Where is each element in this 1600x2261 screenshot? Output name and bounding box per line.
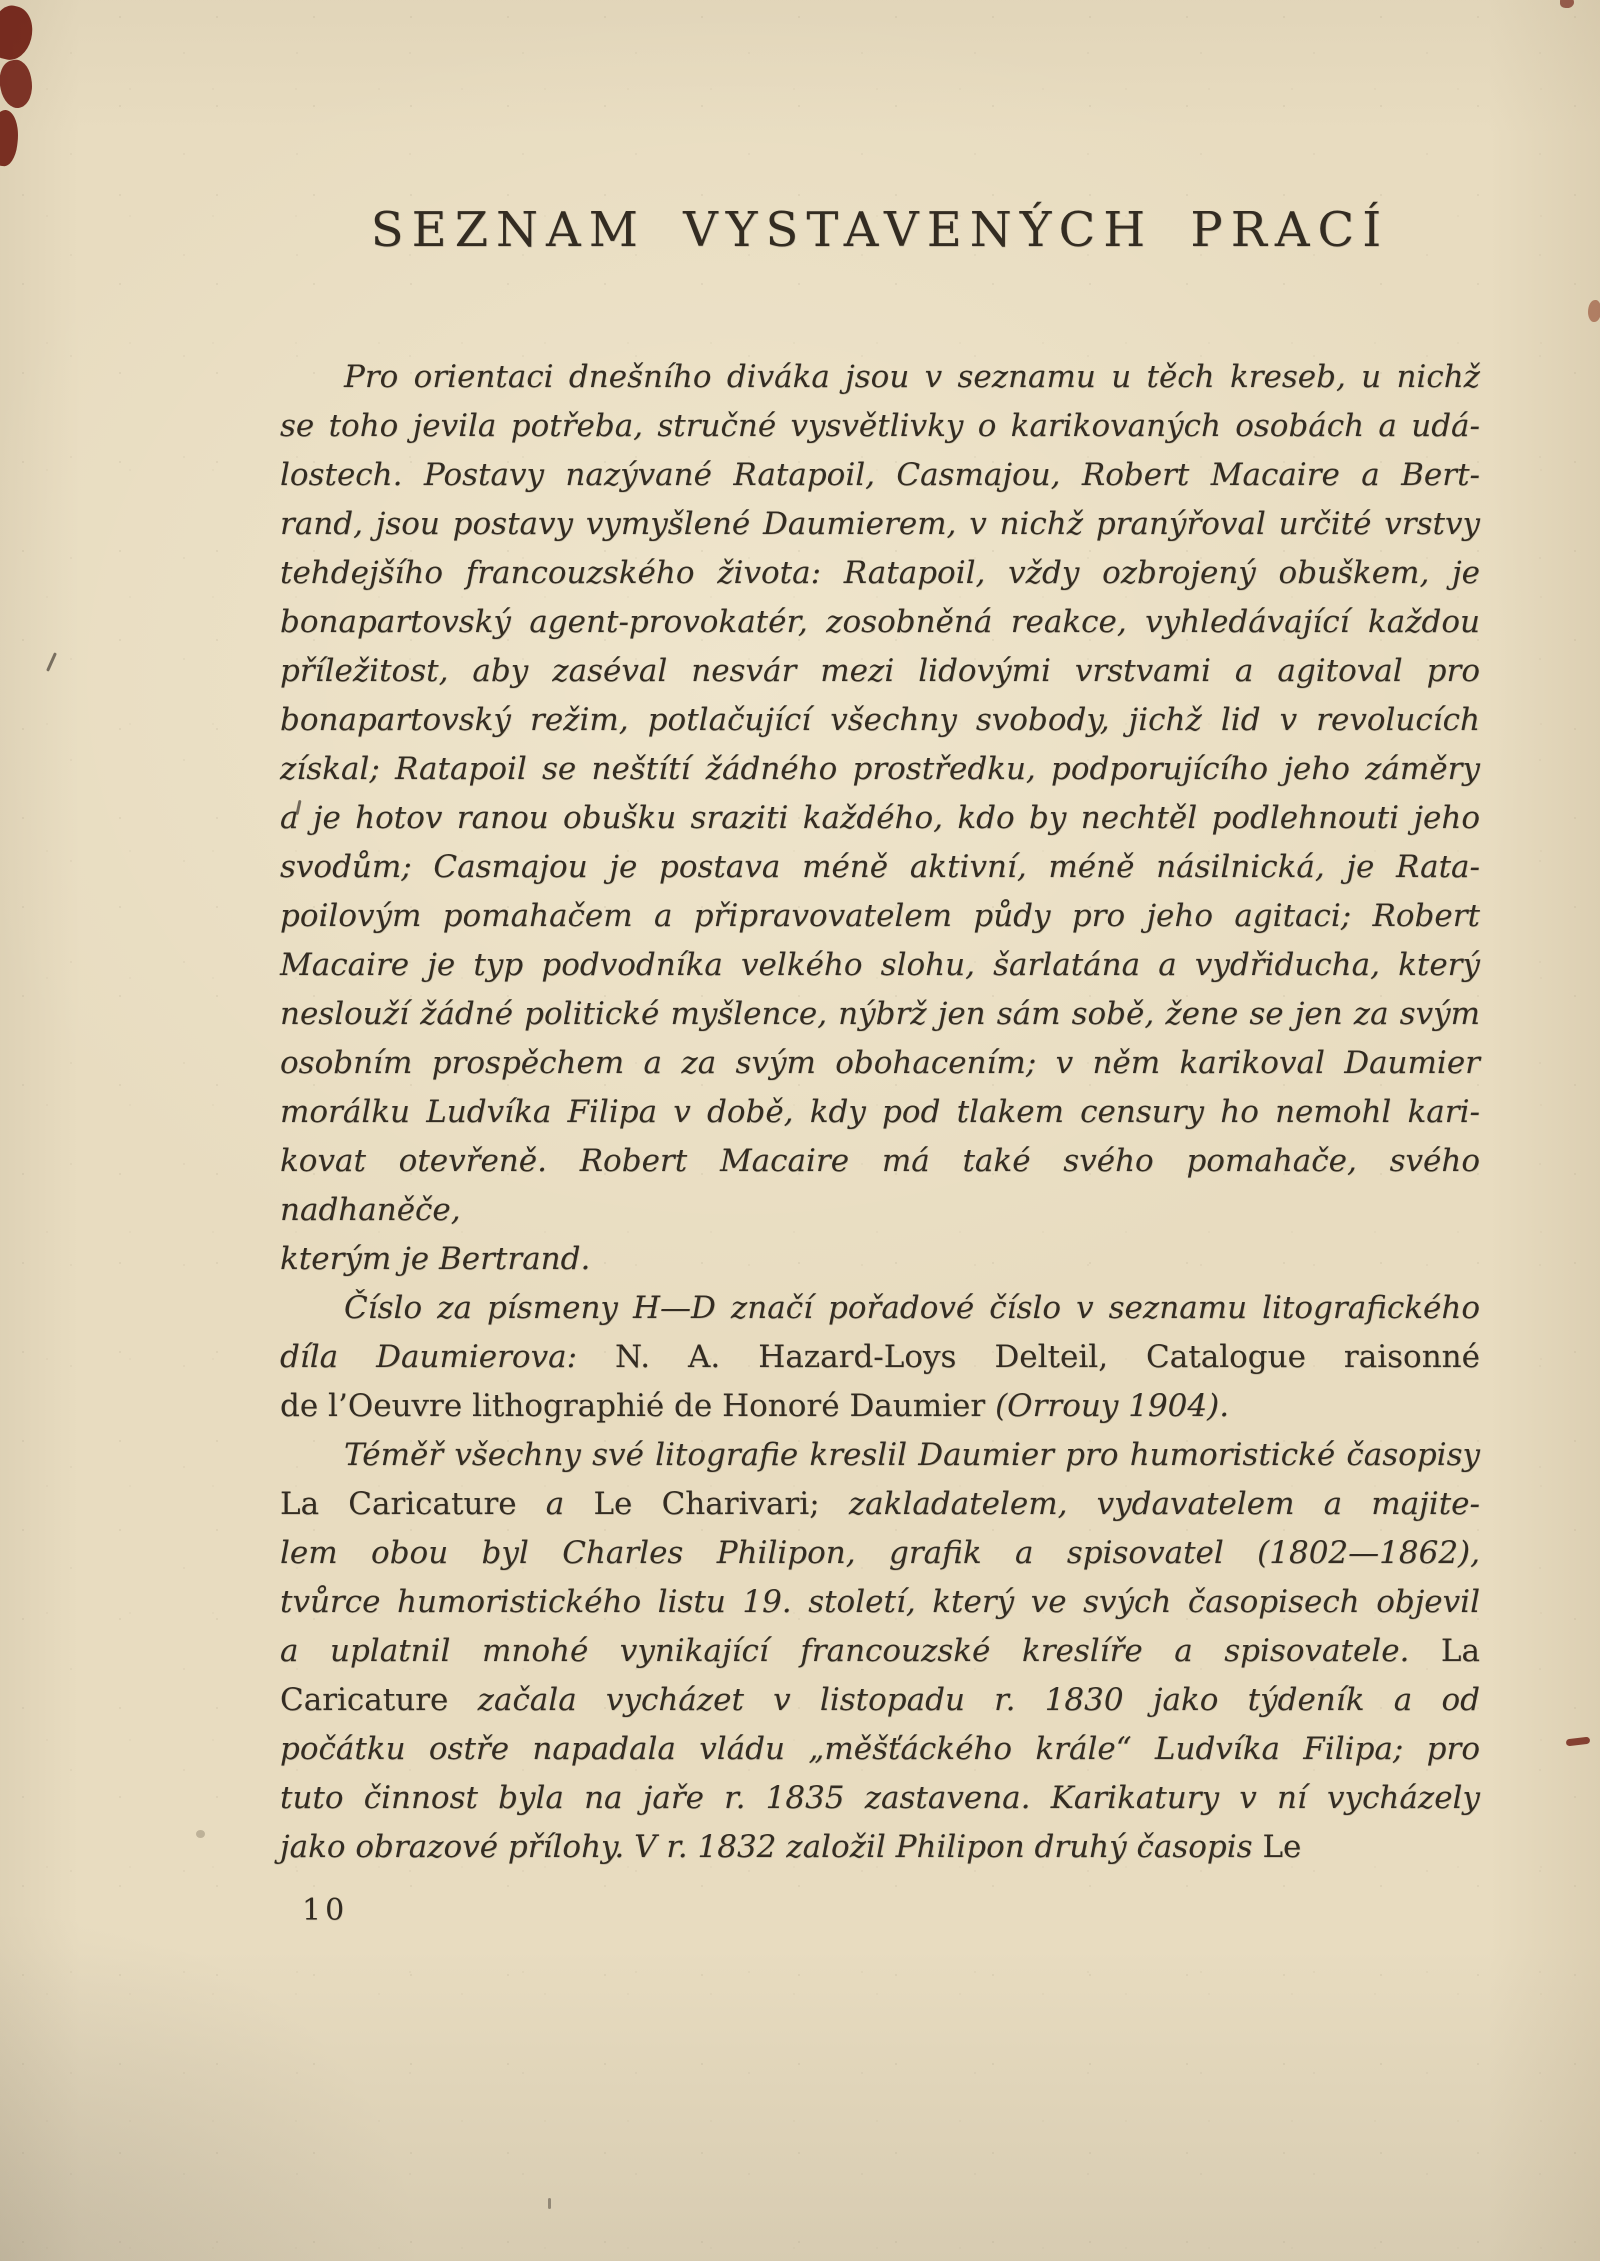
text-run: La Caricature [280,1486,546,1522]
text-line: morálku Ludvíka Filipa v době, kdy pod t… [280,1088,1480,1137]
paragraph: Téměř všechny své litografie kreslil Dau… [280,1431,1480,1872]
page-number: 10 [302,1893,348,1929]
paragraph: Číslo za písmeny H—D značí pořadové čísl… [280,1284,1480,1431]
text-line: kterým je Bertrand. [280,1235,1480,1284]
text-run: rand, jsou postavy vymyšlené Daumierem, … [280,506,1480,542]
scan-stain [1566,1737,1591,1747]
text-run: tuto činnost byla na jaře r. 1835 zastav… [280,1780,1480,1816]
text-run: tvůrce humoristického listu 19. století,… [280,1584,1480,1620]
body-text: Pro orientaci dnešního diváka jsou v sez… [280,353,1480,1872]
text-run: a uplatnil mnohé vynikající francouzské … [280,1633,1441,1669]
text-run: osobním prospěchem a za svým obohacením;… [280,1045,1480,1081]
text-line: získal; Ratapoil se neštítí žádného pros… [280,745,1480,794]
text-run: Caricature [280,1682,478,1718]
text-run: zakladatelem, vydavatelem a majite- [849,1486,1480,1522]
text-run: díla Daumierova: [280,1339,615,1375]
text-line: počátku ostře napadala vládu „měšťáckého… [280,1725,1480,1774]
text-line: lem obou byl Charles Philipon, grafik a … [280,1529,1480,1578]
text-run: začala vycházet v listopadu r. 1830 jako… [478,1682,1480,1718]
text-run: bonapartovský režim, potlačující všechny… [280,702,1480,738]
text-run: N. A. Hazard-Loys Delteil, Catalogue rai… [615,1339,1480,1375]
text-line: rand, jsou postavy vymyšlené Daumierem, … [280,500,1480,549]
text-line: Caricature začala vycházet v listopadu r… [280,1676,1480,1725]
text-line: a je hotov ranou obušku sraziti každého,… [280,794,1480,843]
scan-stain [1588,300,1600,322]
text-line: kovat otevřeně. Robert Macaire má také s… [280,1137,1480,1235]
text-line: bonapartovský režim, potlačující všechny… [280,696,1480,745]
text-run: Číslo za písmeny H—D značí pořadové čísl… [344,1290,1480,1326]
scan-mark [46,652,57,671]
text-line: Macaire je typ podvodníka velkého slohu,… [280,941,1480,990]
text-run: morálku Ludvíka Filipa v době, kdy pod t… [280,1094,1480,1130]
text-run: de l’Oeuvre lithographié de Honoré Daumi… [280,1388,995,1424]
text-run: Le Charivari; [593,1486,848,1522]
text-run: se toho jevila potřeba, stručné vysvětli… [280,408,1480,444]
page-title: SEZNAM VYSTAVENÝCH PRACÍ [280,206,1480,254]
scan-stain [0,109,21,168]
text-run: svodům; Casmajou je postava méně aktivní… [280,849,1480,885]
text-line: jako obrazové přílohy. V r. 1832 založil… [280,1823,1480,1872]
scan-mark [196,1830,205,1838]
scan-stain [0,57,36,110]
text-run: Le [1262,1829,1301,1865]
scan-stain [0,2,38,64]
scan-mark [548,2198,551,2209]
text-line: Téměř všechny své litografie kreslil Dau… [280,1431,1480,1480]
text-run: neslouží žádné politické myšlence, nýbrž… [280,996,1480,1032]
text-line: a uplatnil mnohé vynikající francouzské … [280,1627,1480,1676]
text-run: příležitost, aby zaséval nesvár mezi lid… [280,653,1480,689]
text-line: neslouží žádné politické myšlence, nýbrž… [280,990,1480,1039]
text-line: díla Daumierova: N. A. Hazard-Loys Delte… [280,1333,1480,1382]
text-line: La Caricature a Le Charivari; zakladatel… [280,1480,1480,1529]
book-page: SEZNAM VYSTAVENÝCH PRACÍ Pro orientaci d… [0,0,1600,2261]
text-run: získal; Ratapoil se neštítí žádného pros… [280,751,1480,787]
text-line: Číslo za písmeny H—D značí pořadové čísl… [280,1284,1480,1333]
text-run: a [546,1486,594,1522]
text-run: kovat otevřeně. Robert Macaire má také s… [280,1143,1480,1228]
text-run: poilovým pomahačem a připravovatelem půd… [280,898,1480,934]
paragraph: Pro orientaci dnešního diváka jsou v sez… [280,353,1480,1284]
text-run: lem obou byl Charles Philipon, grafik a … [280,1535,1480,1571]
text-line: de l’Oeuvre lithographié de Honoré Daumi… [280,1382,1480,1431]
text-run: jako obrazové přílohy. V r. 1832 založil… [280,1829,1262,1865]
text-line: tvůrce humoristického listu 19. století,… [280,1578,1480,1627]
text-run: lostech. Postavy nazývané Ratapoil, Casm… [280,457,1480,493]
text-line: příležitost, aby zaséval nesvár mezi lid… [280,647,1480,696]
text-line: tuto činnost byla na jaře r. 1835 zastav… [280,1774,1480,1823]
text-run: La [1441,1633,1480,1669]
text-run: (Orrouy 1904). [995,1388,1229,1424]
text-line: svodům; Casmajou je postava méně aktivní… [280,843,1480,892]
text-line: Pro orientaci dnešního diváka jsou v sez… [280,353,1480,402]
text-run: kterým je Bertrand. [280,1241,590,1277]
text-line: lostech. Postavy nazývané Ratapoil, Casm… [280,451,1480,500]
text-line: se toho jevila potřeba, stručné vysvětli… [280,402,1480,451]
text-run: počátku ostře napadala vládu „měšťáckého… [280,1731,1480,1767]
text-run: Macaire je typ podvodníka velkého slohu,… [280,947,1480,983]
text-line: tehdejšího francouzského života: Ratapoi… [280,549,1480,598]
scan-stain [1560,0,1574,8]
text-run: Pro orientaci dnešního diváka jsou v sez… [344,359,1480,395]
text-line: bonapartovský agent-provokatér, zosobněn… [280,598,1480,647]
text-run: a je hotov ranou obušku sraziti každého,… [280,800,1480,836]
text-line: poilovým pomahačem a připravovatelem půd… [280,892,1480,941]
text-run: tehdejšího francouzského života: Ratapoi… [280,555,1480,591]
text-line: osobním prospěchem a za svým obohacením;… [280,1039,1480,1088]
text-run: bonapartovský agent-provokatér, zosobněn… [280,604,1480,640]
text-run: Téměř všechny své litografie kreslil Dau… [344,1437,1480,1473]
